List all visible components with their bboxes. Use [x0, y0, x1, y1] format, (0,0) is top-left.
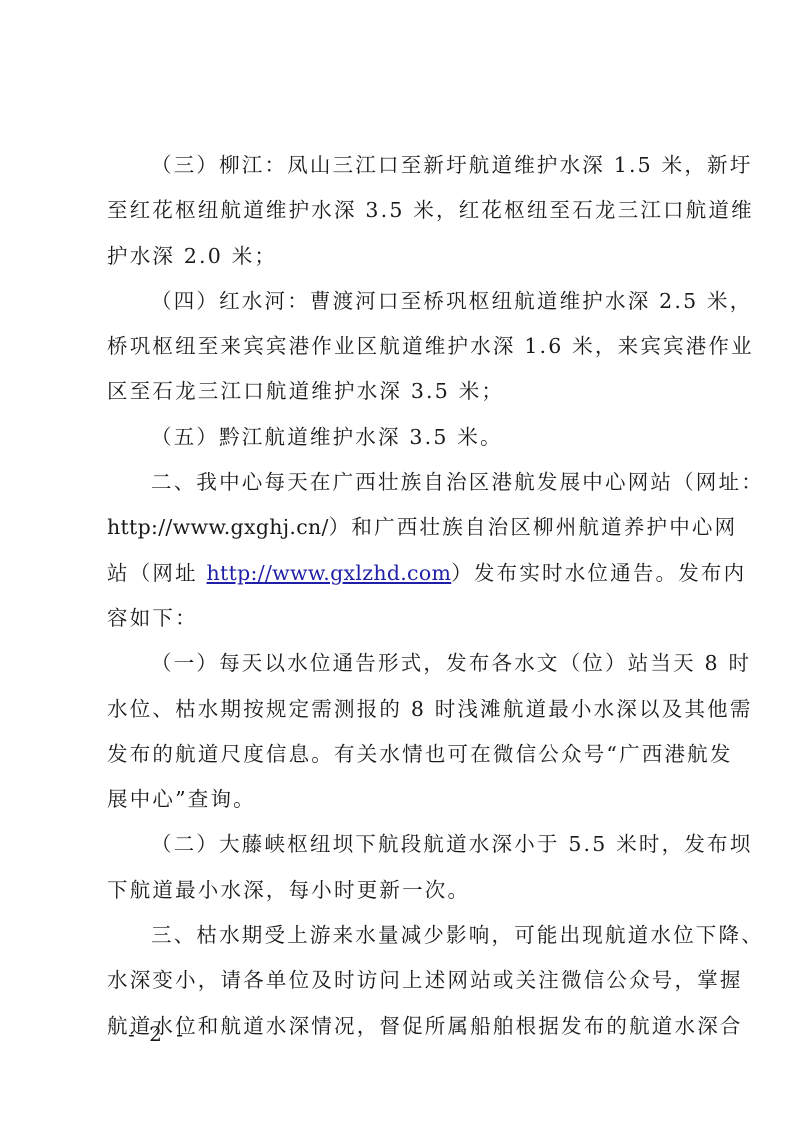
paragraph-hongshuihe-line-1: （四）红水河：曹渡河口至桥巩枢纽航道维护水深 2.5 米，: [107, 279, 707, 324]
paragraph-section-3-line-1: 三、枯水期受上游来水量减少影响，可能出现航道水位下降、: [107, 913, 707, 958]
paragraph-section-2-line-2: http://www.gxghj.cn/）和广西壮族自治区柳州航道养护中心网: [107, 505, 707, 550]
paragraph-item-1-line-4: 展中心”查询。: [107, 777, 707, 822]
paragraph-section-3-line-2: 水深变小，请各单位及时访问上述网站或关注微信公众号，掌握: [107, 958, 707, 1003]
paragraph-hongshuihe-line-2: 桥巩枢纽至来宾宾港作业区航道维护水深 1.6 米，来宾宾港作业: [107, 324, 707, 369]
paragraph-section-2-line-3-suffix: ）发布实时水位通告。发布内: [451, 561, 746, 585]
link-gxlzhd[interactable]: http://www.gxlzhd.com: [207, 561, 452, 585]
page-number: - 2 -: [128, 1022, 187, 1046]
url-gxghj: http://www.gxghj.cn/: [107, 515, 329, 539]
paragraph-qianjiang-line-1: （五）黔江航道维护水深 3.5 米。: [107, 415, 707, 460]
paragraph-item-1-line-3: 发布的航道尺度信息。有关水情也可在微信公众号“广西港航发: [107, 732, 707, 777]
paragraph-section-2-line-4: 容如下：: [107, 596, 707, 641]
paragraph-liujiang-line-3: 护水深 2.0 米；: [107, 234, 707, 279]
paragraph-section-2-line-2-rest: ）和广西壮族自治区柳州航道养护中心网: [329, 515, 738, 539]
paragraph-item-2-line-2: 下航道最小水深，每小时更新一次。: [107, 868, 707, 913]
paragraph-liujiang-line-2: 至红花枢纽航道维护水深 3.5 米，红花枢纽至石龙三江口航道维: [107, 188, 707, 233]
paragraph-section-2-line-3-prefix: 站（网址: [107, 561, 207, 585]
paragraph-item-1-line-1: （一）每天以水位通告形式，发布各水文（位）站当天 8 时: [107, 641, 707, 686]
paragraph-item-2-line-1: （二）大藤峡枢纽坝下航段航道水深小于 5.5 米时，发布坝: [107, 822, 707, 867]
paragraph-liujiang-line-1: （三）柳江：凤山三江口至新圩航道维护水深 1.5 米，新圩: [107, 143, 707, 188]
paragraph-section-2-line-1: 二、我中心每天在广西壮族自治区港航发展中心网站（网址：: [107, 460, 707, 505]
document-body: （三）柳江：凤山三江口至新圩航道维护水深 1.5 米，新圩 至红花枢纽航道维护水…: [107, 143, 707, 1049]
paragraph-section-3-line-3: 航道水位和航道水深情况，督促所属船舶根据发布的航道水深合: [107, 1004, 707, 1049]
paragraph-section-2-line-3: 站（网址 http://www.gxlzhd.com）发布实时水位通告。发布内: [107, 551, 707, 596]
document-page: （三）柳江：凤山三江口至新圩航道维护水深 1.5 米，新圩 至红花枢纽航道维护水…: [0, 0, 803, 1135]
paragraph-hongshuihe-line-3: 区至石龙三江口航道维护水深 3.5 米；: [107, 369, 707, 414]
paragraph-item-1-line-2: 水位、枯水期按规定需测报的 8 时浅滩航道最小水深以及其他需: [107, 687, 707, 732]
